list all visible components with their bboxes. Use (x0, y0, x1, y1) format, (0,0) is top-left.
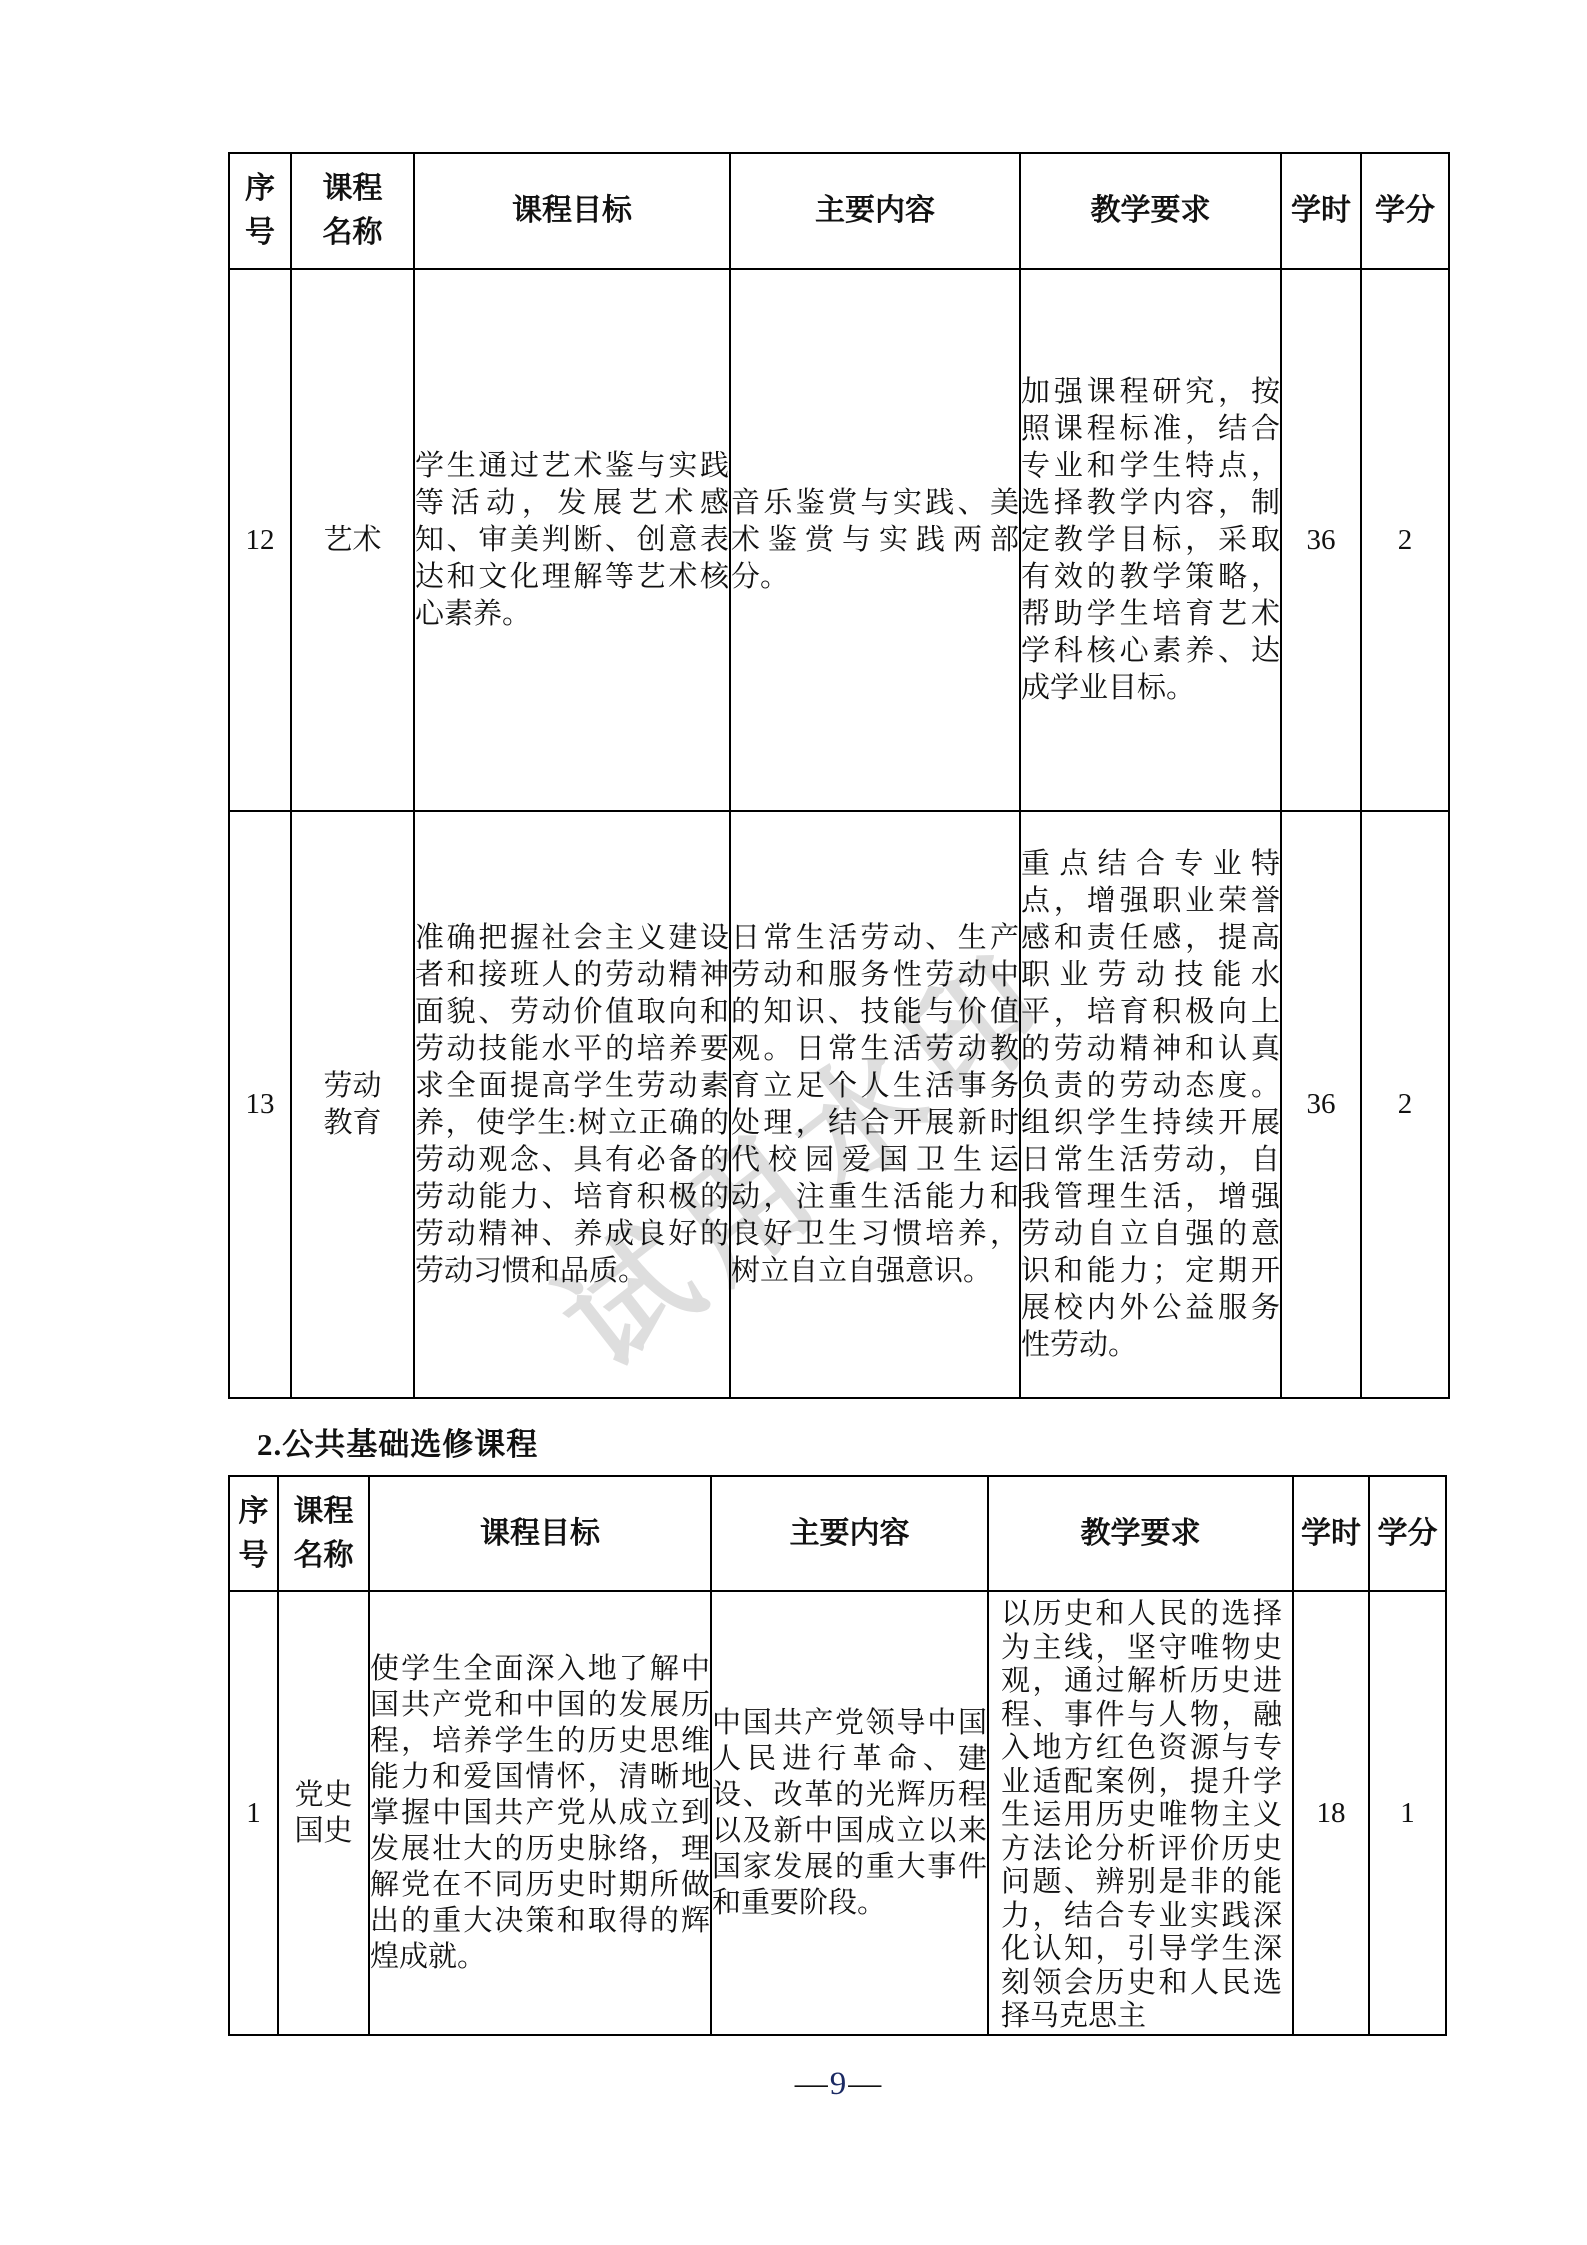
header-credits: 学分 (1361, 153, 1449, 269)
seq-cell: 13 (229, 811, 291, 1398)
footer-dash-right: — (848, 2066, 881, 2102)
header-hours: 学时 (1281, 153, 1361, 269)
course-name-cell: 党史 国史 (278, 1591, 369, 2035)
header-seq-line2: 号 (230, 211, 290, 255)
header-requirement: 教学要求 (1020, 153, 1281, 269)
header-course-name-line1: 课程 (292, 167, 413, 211)
page-number: 9 (828, 2066, 849, 2102)
header-course-name: 课程 名称 (278, 1476, 369, 1591)
required-courses-table: 序 号 课程 名称 课程目标 主要内容 教学要求 学时 学分 12 艺术 学生通… (228, 152, 1450, 1399)
course-name-line1: 党史 (279, 1777, 368, 1813)
document-page: 序 号 课程 名称 课程目标 主要内容 教学要求 学时 学分 12 艺术 学生通… (0, 0, 1587, 2245)
table-header-row: 序 号 课程 名称 课程目标 主要内容 教学要求 学时 学分 (229, 1476, 1446, 1591)
credits-cell: 1 (1369, 1591, 1446, 2035)
course-name-line2: 教育 (292, 1105, 413, 1142)
objective-cell: 准确把握社会主义建设者和接班人的劳动精神面貌、劳动价值取向和劳动技能水平的培养要… (414, 811, 730, 1398)
course-name-line2: 国史 (279, 1813, 368, 1849)
header-course-name: 课程 名称 (291, 153, 414, 269)
header-objective: 课程目标 (369, 1476, 711, 1591)
footer-dash-left: — (795, 2066, 828, 2102)
section-heading: 2.公共基础选修课程 (257, 1419, 538, 1464)
hours-cell: 36 (1281, 269, 1361, 811)
elective-courses-table: 序 号 课程 名称 课程目标 主要内容 教学要求 学时 学分 1 党史 国史 使… (228, 1475, 1447, 2036)
page-footer: —9— (228, 2066, 1448, 2103)
header-hours: 学时 (1293, 1476, 1369, 1591)
header-seq-line2: 号 (230, 1534, 277, 1578)
objective-cell: 学生通过艺术鉴与实践等活动，发展艺术感知、审美判断、创意表达和文化理解等艺术核心… (414, 269, 730, 811)
table-row: 1 党史 国史 使学生全面深入地了解中国共产党和中国的发展历程，培养学生的历史思… (229, 1591, 1446, 2035)
header-seq-line1: 序 (230, 167, 290, 211)
objective-cell: 使学生全面深入地了解中国共产党和中国的发展历程，培养学生的历史思维能力和爱国情怀… (369, 1591, 711, 2035)
requirement-clipped-text: 以历史和人民的选择为主线，坚守唯物史观，通过解析历史进程、事件与人物，融入地方红… (1001, 1598, 1282, 2034)
table-row: 12 艺术 学生通过艺术鉴与实践等活动，发展艺术感知、审美判断、创意表达和文化理… (229, 269, 1449, 811)
seq-cell: 1 (229, 1591, 278, 2035)
header-seq-line1: 序 (230, 1490, 277, 1534)
requirement-cell: 加强课程研究，按照课程标准，结合专业和学生特点，选择教学内容，制定教学目标，采取… (1020, 269, 1281, 811)
content-cell: 中国共产党领导中国人民进行革命、建设、改革的光辉历程以及新中国成立以来国家发展的… (711, 1591, 988, 2035)
header-content: 主要内容 (711, 1476, 988, 1591)
course-name-cell: 艺术 (291, 269, 414, 811)
header-credits: 学分 (1369, 1476, 1446, 1591)
requirement-cell: 重点结合专业特点，增强职业荣誉感和责任感，提高职业劳动技能水平，培育积极向上的劳… (1020, 811, 1281, 1398)
header-course-name-line2: 名称 (279, 1534, 368, 1578)
table-row: 13 劳动 教育 准确把握社会主义建设者和接班人的劳动精神面貌、劳动价值取向和劳… (229, 811, 1449, 1398)
course-name-cell: 劳动 教育 (291, 811, 414, 1398)
header-content: 主要内容 (730, 153, 1020, 269)
credits-cell: 2 (1361, 269, 1449, 811)
header-objective: 课程目标 (414, 153, 730, 269)
header-seq: 序 号 (229, 1476, 278, 1591)
header-course-name-line1: 课程 (279, 1490, 368, 1534)
header-requirement: 教学要求 (988, 1476, 1293, 1591)
hours-cell: 18 (1293, 1591, 1369, 2035)
seq-cell: 12 (229, 269, 291, 811)
requirement-cell: 以历史和人民的选择为主线，坚守唯物史观，通过解析历史进程、事件与人物，融入地方红… (988, 1591, 1293, 2035)
course-name-line1: 艺术 (292, 522, 413, 559)
content-cell: 日常生活劳动、生产劳动和服务性劳动中的知识、技能与价值观。日常生活劳动教育立足个… (730, 811, 1020, 1398)
table-header-row: 序 号 课程 名称 课程目标 主要内容 教学要求 学时 学分 (229, 153, 1449, 269)
content-cell: 音乐鉴赏与实践、美术鉴赏与实践两部分。 (730, 269, 1020, 811)
course-name-line1: 劳动 (292, 1068, 413, 1105)
header-course-name-line2: 名称 (292, 211, 413, 255)
hours-cell: 36 (1281, 811, 1361, 1398)
header-seq: 序 号 (229, 153, 291, 269)
credits-cell: 2 (1361, 811, 1449, 1398)
